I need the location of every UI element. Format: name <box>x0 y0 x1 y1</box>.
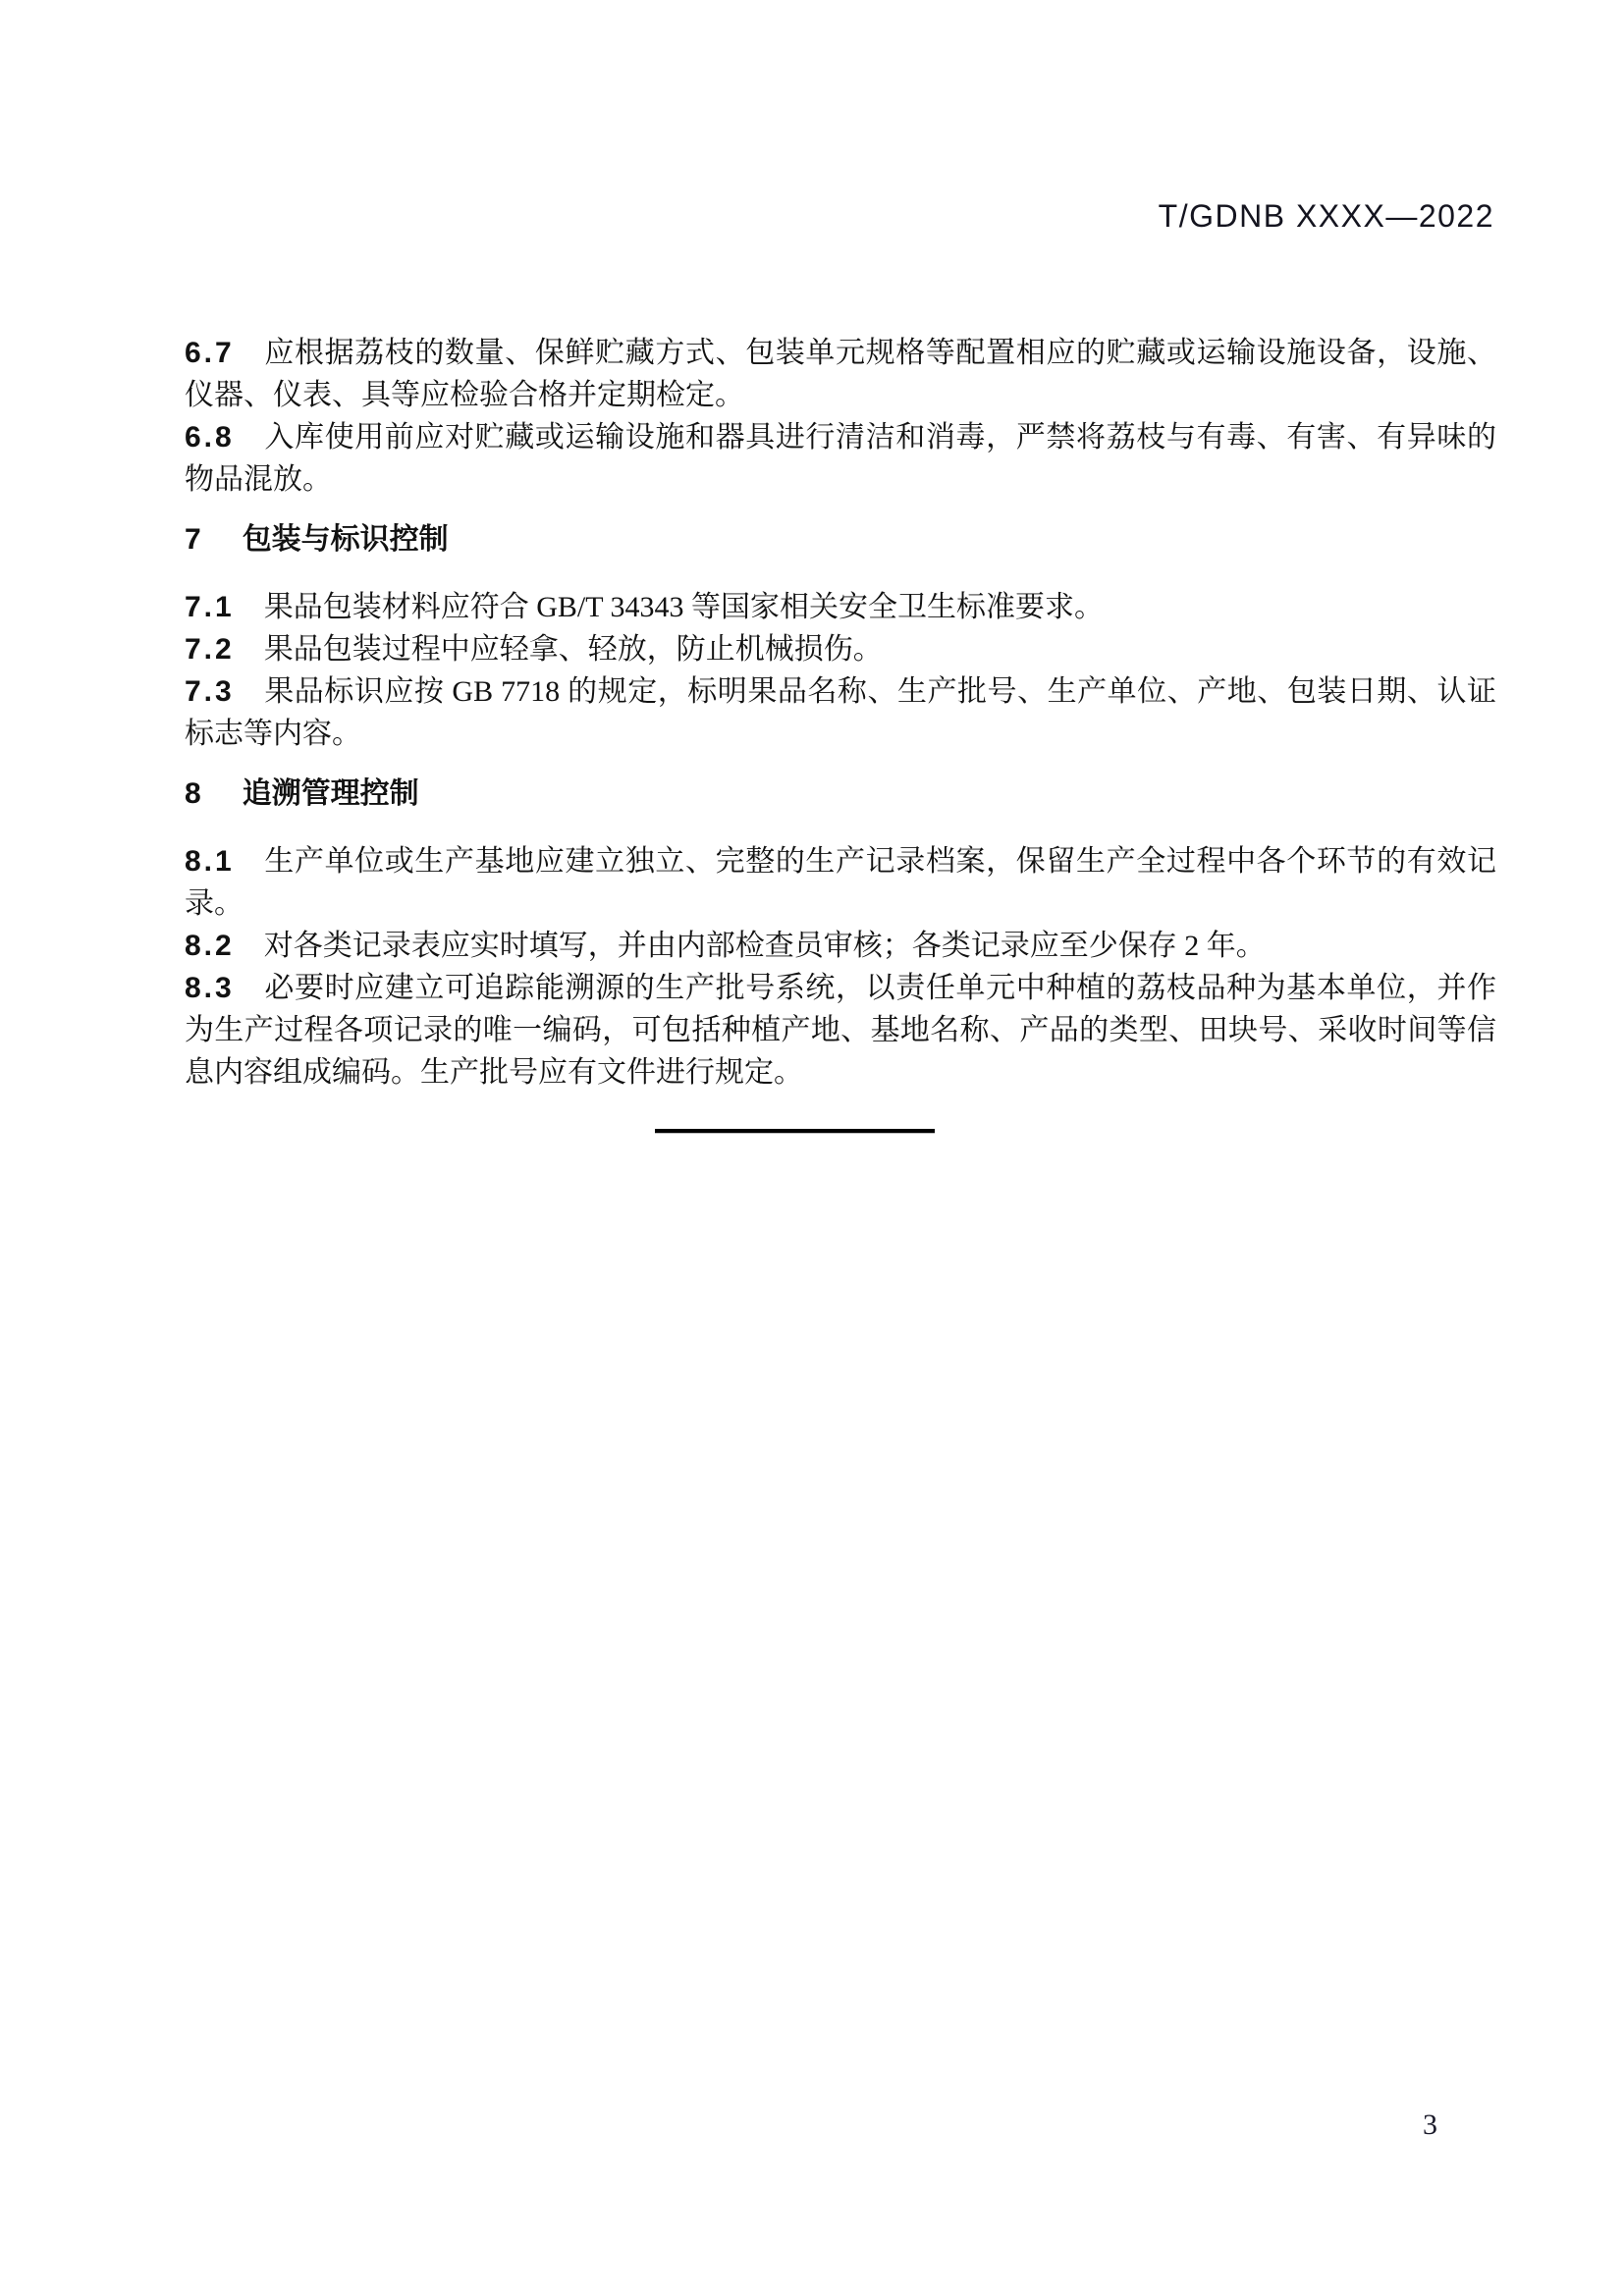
clause-8-2: 8.2对各类记录表应实时填写，并由内部检查员审核；各类记录应至少保存 2 年。 <box>185 925 1496 967</box>
section-8-number: 8 <box>185 777 201 810</box>
clause-6-7-number: 6.7 <box>185 337 235 369</box>
clause-7-2: 7.2果品包装过程中应轻拿、轻放，防止机械损伤。 <box>185 628 1496 670</box>
clause-7-1-text: 果品包装材料应符合 GB/T 34343 等国家相关安全卫生标准要求。 <box>264 591 1104 623</box>
clause-8-1-text: 生产单位或生产基地应建立独立、完整的生产记录档案，保留生产全过程中各个环节的有效… <box>185 845 1496 920</box>
section-7-title: 包装与标识控制 <box>243 523 449 556</box>
clause-8-2-text: 对各类记录表应实时填写，并由内部检查员审核；各类记录应至少保存 2 年。 <box>264 930 1266 962</box>
clause-7-3-number: 7.3 <box>185 675 235 708</box>
clause-7-2-number: 7.2 <box>185 633 235 666</box>
section-8-heading: 8追溯管理控制 <box>185 773 1496 815</box>
clause-8-1: 8.1生产单位或生产基地应建立独立、完整的生产记录档案，保留生产全过程中各个环节… <box>185 840 1496 925</box>
clause-8-2-number: 8.2 <box>185 930 235 962</box>
clause-8-3: 8.3必要时应建立可追踪能溯源的生产批号系统，以责任单元中种植的荔枝品种为基本单… <box>185 967 1496 1094</box>
document-code-header: T/GDNB XXXX—2022 <box>1159 198 1494 235</box>
clause-6-7: 6.7应根据荔枝的数量、保鲜贮藏方式、包装单元规格等配置相应的贮藏或运输设施设备… <box>185 332 1496 416</box>
clause-7-3-text: 果品标识应按 GB 7718 的规定，标明果品名称、生产批号、生产单位、产地、包… <box>185 675 1496 750</box>
clause-6-8: 6.8入库使用前应对贮藏或运输设施和器具进行清洁和消毒，严禁将荔枝与有毒、有害、… <box>185 416 1496 501</box>
clause-7-2-text: 果品包装过程中应轻拿、轻放，防止机械损伤。 <box>264 633 883 666</box>
section-7-number: 7 <box>185 523 201 556</box>
clause-7-3: 7.3果品标识应按 GB 7718 的规定，标明果品名称、生产批号、生产单位、产… <box>185 670 1496 755</box>
clause-7-1-number: 7.1 <box>185 591 235 623</box>
clause-6-8-text: 入库使用前应对贮藏或运输设施和器具进行清洁和消毒，严禁将荔枝与有毒、有害、有异味… <box>185 421 1496 496</box>
clause-6-7-text: 应根据荔枝的数量、保鲜贮藏方式、包装单元规格等配置相应的贮藏或运输设施设备，设施… <box>185 337 1496 411</box>
clause-7-1: 7.1果品包装材料应符合 GB/T 34343 等国家相关安全卫生标准要求。 <box>185 586 1496 628</box>
clause-6-8-number: 6.8 <box>185 421 235 454</box>
section-8-title: 追溯管理控制 <box>243 777 419 810</box>
document-page: T/GDNB XXXX—2022 6.7应根据荔枝的数量、保鲜贮藏方式、包装单元… <box>0 0 1624 2296</box>
clause-8-3-text: 必要时应建立可追踪能溯源的生产批号系统，以责任单元中种植的荔枝品种为基本单位，并… <box>185 972 1496 1089</box>
clause-8-1-number: 8.1 <box>185 845 235 878</box>
document-body: 6.7应根据荔枝的数量、保鲜贮藏方式、包装单元规格等配置相应的贮藏或运输设施设备… <box>185 332 1496 1134</box>
section-7-heading: 7包装与标识控制 <box>185 518 1496 561</box>
end-of-document-rule <box>655 1129 935 1134</box>
clause-8-3-number: 8.3 <box>185 972 235 1004</box>
page-number: 3 <box>1423 2109 1437 2142</box>
